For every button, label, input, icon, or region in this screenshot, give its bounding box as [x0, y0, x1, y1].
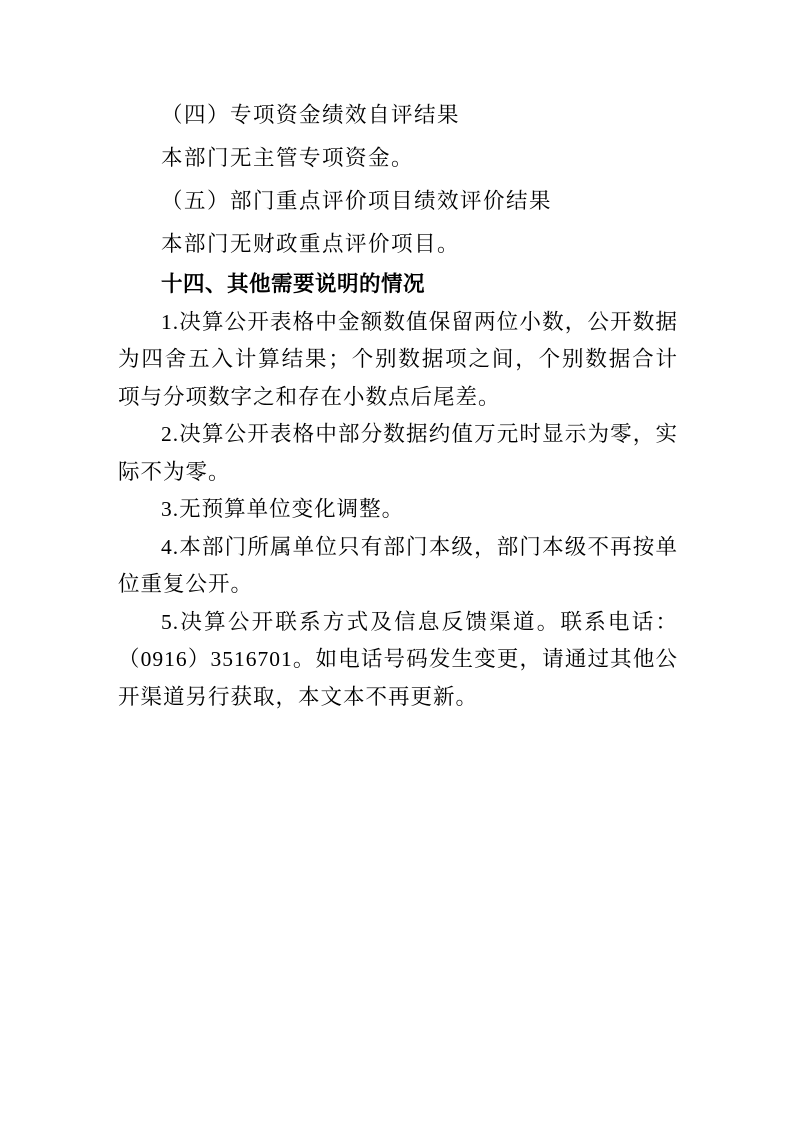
- section-heading-14-other-notes: 十四、其他需要说明的情况: [118, 266, 678, 304]
- note-2-zero-display: 2.决算公开表格中部分数据约值万元时显示为零，实际不为零。: [118, 416, 678, 491]
- document-page: （四）专项资金绩效自评结果 本部门无主管专项资金。 （五）部门重点评价项目绩效评…: [0, 0, 793, 1122]
- note-1-rounding: 1.决算公开表格中金额数值保留两位小数，公开数据为四舍五入计算结果；个别数据项之…: [118, 304, 678, 417]
- note-3-no-unit-changes: 3.无预算单位变化调整。: [118, 491, 678, 529]
- para-no-key-eval-projects: 本部门无财政重点评价项目。: [118, 223, 678, 266]
- para-no-special-funds: 本部门无主管专项资金。: [118, 137, 678, 180]
- subheading-section-5-key-project-eval: （五）部门重点评价项目绩效评价结果: [118, 180, 678, 223]
- note-5-contact-info: 5.决算公开联系方式及信息反馈渠道。联系电话：（0916）3516701。如电话…: [118, 604, 678, 717]
- document-content: （四）专项资金绩效自评结果 本部门无主管专项资金。 （五）部门重点评价项目绩效评…: [118, 94, 678, 716]
- note-4-no-duplicate-disclosure: 4.本部门所属单位只有部门本级，部门本级不再按单位重复公开。: [118, 529, 678, 604]
- subheading-section-4-special-funds-self-eval: （四）专项资金绩效自评结果: [118, 94, 678, 137]
